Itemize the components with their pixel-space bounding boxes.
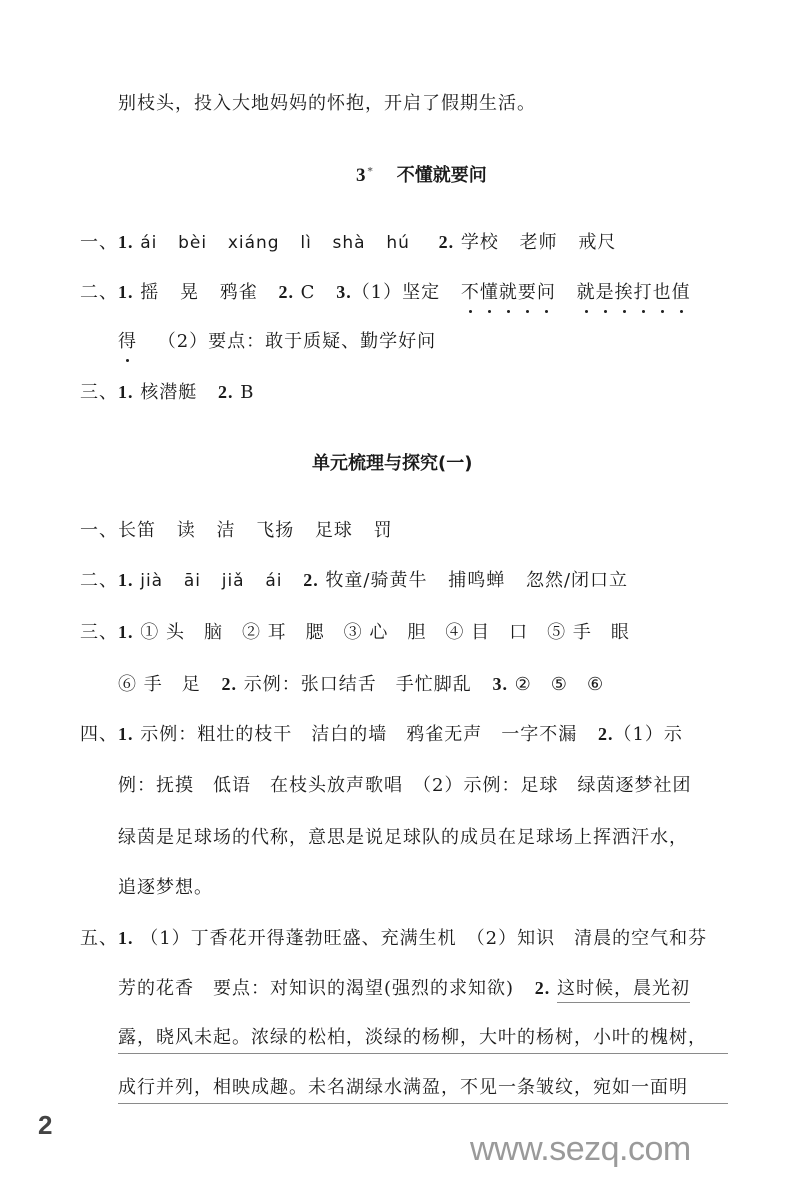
word-answer: 核潜艇 (140, 382, 197, 403)
text-answer: 芳的花香 要点：对知识的渴望(强烈的求知欲) (118, 978, 514, 999)
section-label: 四、 (80, 724, 118, 744)
word-answer: 摇 (140, 282, 159, 303)
unit-section-1: 一、长笛 读 洁 飞扬 足球 罚 (80, 518, 393, 543)
text-answer: 示例：粗壮的枝干 洁白的墙 鸦雀无声 一字不漏 (140, 724, 577, 745)
dotted-char: 要 (518, 281, 537, 305)
dotted-char: 也 (653, 281, 672, 305)
question-number: 2. (278, 282, 294, 302)
unit-section-3: 三、1. ① 头 脑 ② 耳 腮 ③ 心 胆 ④ 目 口 ⑤ 手 眼 (80, 620, 630, 645)
word-answer: 戒尺 (578, 232, 616, 253)
question-number: 1. (118, 622, 134, 642)
section-label: 二、 (80, 570, 118, 590)
word-answer: 长笛 (118, 520, 156, 541)
answer-section-2: 二、1. 摇 晃 鸦雀 2. C 3.（1）坚定 不懂就要问 就是挨打也值 (80, 280, 691, 305)
dotted-char: 懂 (480, 281, 499, 305)
question-number: 3. (492, 674, 508, 694)
word-answer: 飞扬 (256, 520, 294, 541)
pinyin-answer: jiǎ (222, 571, 245, 591)
unit-section-4: 四、1. 示例：粗壮的枝干 洁白的墙 鸦雀无声 一字不漏 2.（1）示 (80, 722, 683, 747)
dotted-char: 是 (596, 281, 615, 305)
question-number: 3. (336, 282, 352, 302)
optional-lesson-star: * (368, 166, 373, 177)
unit-section-4-cont: 追逐梦想。 (118, 876, 213, 900)
text-answer: （1）坚定 (352, 282, 440, 303)
dotted-char: 不 (461, 281, 480, 305)
unit-title: 单元梳理与探究(一) (312, 452, 472, 476)
text-answer: ⑥ 手 足 (118, 674, 201, 695)
unit-section-4-cont: 绿茵是足球场的代称，意思是说足球队的成员在足球场上挥洒汗水， (118, 826, 688, 850)
text-answer: （1）丁香花开得蓬勃旺盛、充满生机 （2）知识 清晨的空气和芬 (140, 928, 707, 949)
section-label: 二、 (80, 282, 118, 302)
dotted-char: 问 (537, 281, 556, 305)
lesson-number: 3 (356, 165, 366, 186)
text-answer: （2）要点：敢于质疑、勤学好问 (158, 331, 436, 352)
pinyin-answer: āi (184, 571, 201, 591)
question-number: 2. (598, 724, 614, 744)
text-answer: 示例：张口结舌 手忙脚乱 (244, 674, 472, 695)
dotted-char: 挨 (615, 281, 634, 305)
pinyin-answer: ái (265, 571, 282, 591)
pinyin-answer: xiáng (228, 233, 280, 253)
unit-section-5-cont: 成行并列，相映成趣。未名湖绿水满盈，不见一条皱纹，宛如一面明 (118, 1076, 728, 1104)
word-answer: 晃 (180, 282, 199, 303)
underlined-excerpt: 这时候，晨光初 (557, 978, 690, 1003)
text-answer: （1）示 (613, 724, 682, 745)
section-label: 一、 (80, 520, 118, 540)
pinyin-answer: shà (333, 233, 366, 253)
question-number: 1. (118, 570, 134, 590)
word-answer: 忽然/闭口立 (526, 570, 628, 591)
word-answer: 捕鸣蝉 (448, 570, 505, 591)
lesson-title-text: 不懂就要问 (397, 165, 487, 186)
lesson-title: 3*不懂就要问 (356, 160, 487, 188)
question-number: 2. (303, 570, 319, 590)
unit-section-5: 五、1. （1）丁香花开得蓬勃旺盛、充满生机 （2）知识 清晨的空气和芬 (80, 926, 707, 951)
answer-section-1: 一、1. ái bèi xiáng lì shà hú 2. 学校 老师 戒尺 (80, 230, 616, 255)
question-number: 1. (118, 382, 134, 402)
continued-text-line: 别枝头，投入大地妈妈的怀抱，开启了假期生活。 (118, 92, 536, 116)
text-answer: ② ⑤ ⑥ (515, 674, 604, 695)
pinyin-answer: lì (300, 233, 311, 253)
word-answer: 读 (177, 520, 196, 541)
pinyin-answer: jià (140, 571, 163, 591)
word-answer: 鸦雀 (220, 282, 258, 303)
dotted-char: 值 (672, 281, 691, 305)
watermark: www.sezq.com (470, 1130, 691, 1169)
choice-answer: B (240, 382, 254, 403)
underlined-excerpt: 成行并列，相映成趣。未名湖绿水满盈，不见一条皱纹，宛如一面明 (118, 1076, 728, 1104)
section-label: 一、 (80, 232, 118, 252)
page-number: 2 (38, 1110, 52, 1141)
question-number: 2. (439, 232, 455, 252)
answer-section-2-cont: 得 （2）要点：敢于质疑、勤学好问 (118, 330, 436, 354)
underlined-excerpt: 露，晓风未起。浓绿的松柏，淡绿的杨柳，大叶的杨树，小叶的槐树， (118, 1026, 728, 1054)
section-label: 五、 (80, 928, 118, 948)
text-answer: ① 头 脑 ② 耳 腮 ③ 心 胆 ④ 目 口 ⑤ 手 眼 (140, 622, 630, 643)
word-answer: 足球 (315, 520, 353, 541)
question-number: 1. (118, 282, 134, 302)
choice-answer: C (301, 282, 316, 303)
pinyin-answer: ái (140, 233, 157, 253)
dotted-char: 打 (634, 281, 653, 305)
unit-section-4-cont: 例：抚摸 低语 在枝头放声歌唱 （2）示例：足球 绿茵逐梦社团 (118, 774, 691, 798)
pinyin-answer: hú (386, 233, 410, 253)
dotted-char: 就 (577, 281, 596, 305)
unit-section-5-cont: 露，晓风未起。浓绿的松柏，淡绿的杨柳，大叶的杨树，小叶的槐树， (118, 1026, 728, 1054)
emphasis-dotted-phrase: 不懂就要问 (461, 281, 556, 305)
question-number: 1. (118, 724, 134, 744)
question-number: 2. (535, 978, 551, 998)
word-answer: 学校 (461, 232, 499, 253)
emphasis-dotted-phrase: 就是挨打也值 (577, 281, 691, 305)
question-number: 2. (218, 382, 234, 402)
word-answer: 老师 (520, 232, 558, 253)
dotted-char: 得 (118, 330, 137, 354)
question-number: 1. (118, 232, 134, 252)
pinyin-answer: bèi (178, 233, 207, 253)
word-answer: 罚 (374, 520, 393, 541)
answer-section-3: 三、1. 核潜艇 2. B (80, 380, 254, 405)
section-label: 三、 (80, 622, 118, 642)
unit-section-3-cont: ⑥ 手 足 2. 示例：张口结舌 手忙脚乱 3. ② ⑤ ⑥ (118, 672, 604, 697)
unit-section-5-cont: 芳的花香 要点：对知识的渴望(强烈的求知欲) 2. 这时候，晨光初 (118, 976, 690, 1001)
dotted-char: 就 (499, 281, 518, 305)
word-answer: 洁 (216, 520, 235, 541)
section-label: 三、 (80, 382, 118, 402)
word-answer: 牧童/骑黄牛 (325, 570, 427, 591)
question-number: 2. (221, 674, 237, 694)
emphasis-dotted-phrase: 得 (118, 330, 137, 354)
unit-section-2: 二、1. jià āi jiǎ ái 2. 牧童/骑黄牛 捕鸣蝉 忽然/闭口立 (80, 568, 628, 593)
question-number: 1. (118, 928, 134, 948)
